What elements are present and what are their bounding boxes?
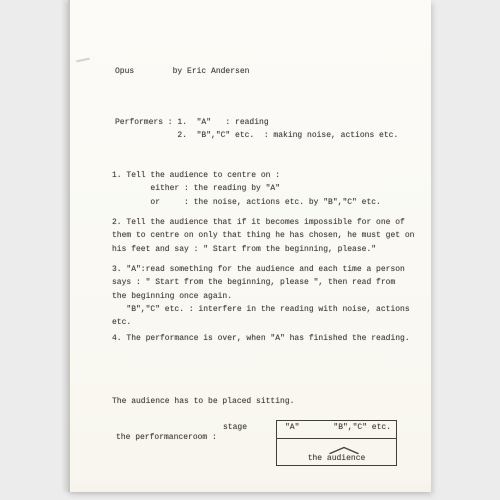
- diagram-audience-label: the audience: [308, 454, 366, 463]
- instruction-2: 2. Tell the audience that if it becomes …: [112, 216, 414, 256]
- audience-area: the audience: [277, 439, 396, 467]
- instruction-1: 1. Tell the audience to centre on : eith…: [112, 169, 381, 209]
- scanned-document-view: Opus by Eric Andersen Performers : 1. "A…: [0, 0, 500, 500]
- performance-room-label: the performanceroom :: [116, 431, 217, 444]
- diagram-performers-bc: "B","C" etc.: [333, 423, 391, 432]
- title-line: Opus by Eric Andersen: [115, 65, 249, 78]
- seating-note: The audience has to be placed sitting.: [112, 395, 294, 408]
- audience-caret-icon: [329, 446, 359, 454]
- document-page: Opus by Eric Andersen Performers : 1. "A…: [68, 0, 431, 492]
- pencil-smudge: [76, 58, 90, 63]
- instruction-3: 3. "A":read something for the audience a…: [112, 263, 410, 329]
- stage-area: "A" "B","C" etc.: [277, 421, 396, 439]
- performance-room-diagram: "A" "B","C" etc. the audience: [276, 420, 397, 466]
- instruction-4: 4. The performance is over, when "A" has…: [112, 332, 410, 345]
- stage-label: stage: [223, 421, 247, 434]
- performers-block: Performers : 1. "A" : reading 2. "B","C"…: [115, 116, 398, 143]
- diagram-performer-a: "A": [285, 423, 299, 432]
